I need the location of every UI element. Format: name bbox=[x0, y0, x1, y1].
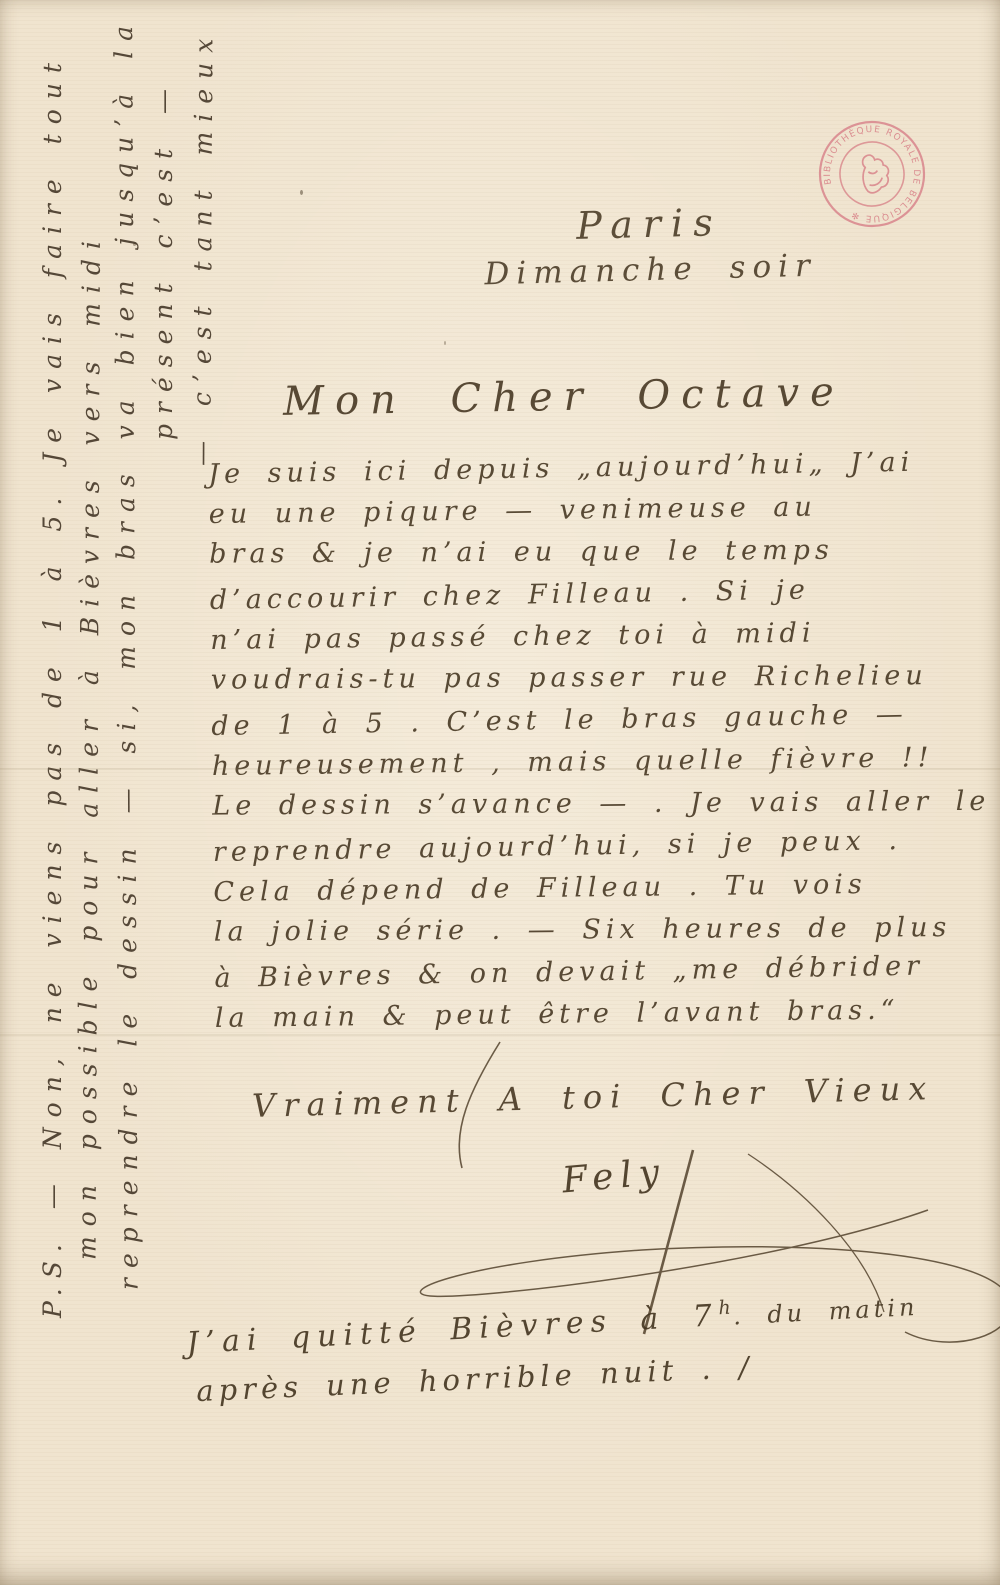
margin-line: — c’est tant mieux bbox=[179, 63, 223, 1318]
ink-speck bbox=[300, 190, 303, 195]
letter-scan: { "page": { "colors": { "paper": "#f0e4c… bbox=[0, 0, 1000, 1585]
body-line: heureusement , mais quelle fièvre !! bbox=[212, 736, 992, 788]
ink-speck bbox=[444, 341, 446, 345]
dateline: Paris Dimanche soir bbox=[439, 197, 861, 294]
margin-line: reprendre le dessin — si, mon bras va bi… bbox=[105, 63, 147, 1318]
fold-line bbox=[0, 1034, 1000, 1036]
fold-line bbox=[0, 768, 1000, 770]
salutation: Mon Cher Octave bbox=[283, 369, 845, 425]
letter-body: Je suis ici depuis „aujourd’hui„ J’ai eu… bbox=[208, 442, 995, 1039]
stamp-lion-icon bbox=[858, 151, 893, 194]
margin-line: P.S. — Non, ne viens pas de 1 à 5. Je va… bbox=[34, 63, 71, 1318]
body-line: eu une piqure — venimeuse au bbox=[209, 484, 989, 536]
margin-line: présent c’est — bbox=[145, 63, 182, 1318]
margin-postscript: P.S. — Non, ne viens pas de 1 à 5. Je va… bbox=[34, 63, 219, 1318]
hour-superscript: h bbox=[718, 1297, 733, 1320]
margin-line: mon possible pour aller à Bièvres vers m… bbox=[68, 63, 110, 1318]
body-line: n’ai pas passé chez toi à midi bbox=[210, 610, 990, 662]
body-line: Cela dépend de Filleau . Tu vois bbox=[213, 862, 993, 914]
ink-speck bbox=[133, 243, 136, 246]
